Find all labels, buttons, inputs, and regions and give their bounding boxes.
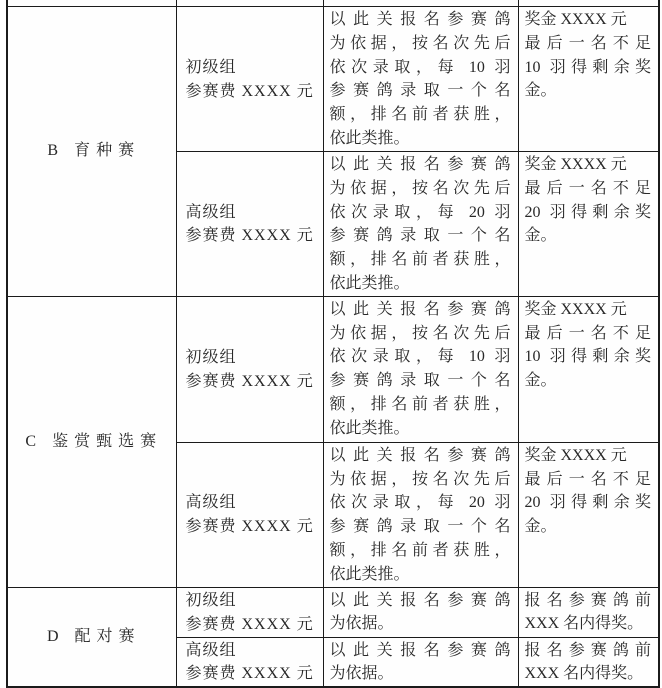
text-line: 金。 (525, 79, 652, 103)
text-line: 10 羽得剩余奖 (525, 345, 652, 369)
text-line: 最后一名不足 (525, 322, 652, 346)
text-line: XXX 名内得奖。 (525, 612, 652, 636)
text-line: 10 羽得剩余奖 (525, 56, 652, 80)
category-cell-c: C 鉴赏甄选赛 (7, 296, 176, 587)
prize-cell: 奖金 XXXX 元最后一名不足20 羽得剩余奖金。 (518, 152, 659, 297)
text-line: 报名参赛鸽前 (525, 589, 652, 613)
text-line: 参赛鸽录取一个名 (330, 79, 511, 103)
text-line: 参赛费 XXXX 元 (186, 80, 319, 104)
group-cell: 初级组参赛费 XXXX 元 (176, 296, 323, 442)
group-cell: 高级组参赛费 XXXX 元 (176, 152, 323, 297)
text-line: 为依据，按名次先后 (330, 32, 511, 56)
prize-cell: 报名参赛鸽前XXX 名内得奖。 (518, 587, 659, 637)
prize-cell: 奖金 XXXX 元最后一名不足10 羽得剩余奖金。 (518, 7, 659, 152)
rule-cell: 以此关报名参赛鸽为依据。 (323, 637, 518, 688)
text-line: 初级组 (186, 346, 319, 370)
text-line: 参赛费 XXXX 元 (186, 370, 319, 394)
text-line: 依此类推。 (330, 127, 511, 151)
group-cell: 高级组参赛费 XXXX 元 (176, 637, 323, 688)
text-line: 报名参赛鸽前 (525, 639, 652, 663)
rule-cell: 以此关报名参赛鸽为依据，按名次先后依次录取，每 20 羽参赛鸽录取一个名额，排名… (323, 442, 518, 587)
text-line: 依次录取，每 20 羽 (330, 491, 511, 515)
text-line: 以此关报名参赛鸽 (330, 639, 511, 663)
rule-cell: 以此关报名参赛鸽为依据，按名次先后依次录取，每 20 羽参赛鸽录取一个名额，排名… (323, 152, 518, 297)
text-line: 金。 (525, 515, 652, 539)
text-line: 额，排名前者获胜， (330, 393, 511, 417)
text-line: 参赛费 XXXX 元 (186, 224, 319, 248)
text-line: 20 羽得剩余奖 (525, 201, 652, 225)
text-line: 奖金 XXXX 元 (525, 153, 652, 177)
rule-cell: 以此关报名参赛鸽为依据，按名次先后依次录取，每 10 羽参赛鸽录取一个名额，排名… (323, 296, 518, 442)
text-line: 参赛鸽录取一个名 (330, 369, 511, 393)
text-line: 奖金 XXXX 元 (525, 8, 652, 32)
category-cell-b: B 育种赛 (7, 7, 176, 297)
text-line: 最后一名不足 (525, 468, 652, 492)
prize-cell: 报名参赛鸽前XXX 名内得奖。 (518, 637, 659, 688)
text-line: 依次录取，每 10 羽 (330, 56, 511, 80)
text-line: 依此类推。 (330, 272, 511, 296)
competition-rules-table: B 育种赛 初级组参赛费 XXXX 元 以此关报名参赛鸽为依据，按名次先后依次录… (6, 0, 660, 688)
text-line: 为依据。 (330, 662, 511, 686)
text-line: 最后一名不足 (525, 32, 652, 56)
rule-cell: 以此关报名参赛鸽为依据。 (323, 587, 518, 637)
text-line: 额，排名前者获胜， (330, 539, 511, 563)
text-line: 以此关报名参赛鸽 (330, 8, 511, 32)
table-row: D 配对赛 初级组参赛费 XXXX 元 以此关报名参赛鸽为依据。 报名参赛鸽前X… (7, 587, 659, 637)
group-cell: 初级组参赛费 XXXX 元 (176, 587, 323, 637)
group-cell: 高级组参赛费 XXXX 元 (176, 442, 323, 587)
prize-cell: 奖金 XXXX 元最后一名不足20 羽得剩余奖金。 (518, 442, 659, 587)
text-line: 为依据。 (330, 612, 511, 636)
text-line: 以此关报名参赛鸽 (330, 444, 511, 468)
text-line: 为依据，按名次先后 (330, 468, 511, 492)
text-line: 最后一名不足 (525, 177, 652, 201)
text-line: 依此类推。 (330, 417, 511, 441)
text-line: 奖金 XXXX 元 (525, 298, 652, 322)
text-line: 20 羽得剩余奖 (525, 491, 652, 515)
text-line: 依次录取，每 20 羽 (330, 201, 511, 225)
text-line: 参赛费 XXXX 元 (186, 662, 319, 686)
rule-cell: 以此关报名参赛鸽为依据，按名次先后依次录取，每 10 羽参赛鸽录取一个名额，排名… (323, 7, 518, 152)
text-line: 额，排名前者获胜， (330, 248, 511, 272)
text-line: 金。 (525, 224, 652, 248)
text-line: 以此关报名参赛鸽 (330, 298, 511, 322)
text-line: 参赛费 XXXX 元 (186, 515, 319, 539)
group-cell: 初级组参赛费 XXXX 元 (176, 7, 323, 152)
text-line: 高级组 (186, 201, 319, 225)
text-line: 参赛费 XXXX 元 (186, 613, 319, 637)
text-line: 初级组 (186, 589, 319, 613)
text-line: 以此关报名参赛鸽 (330, 153, 511, 177)
text-line: 依次录取，每 10 羽 (330, 345, 511, 369)
text-line: 参赛鸽录取一个名 (330, 224, 511, 248)
text-line: 金。 (525, 369, 652, 393)
text-line: 额，排名前者获胜， (330, 103, 511, 127)
text-line: 参赛鸽录取一个名 (330, 515, 511, 539)
category-cell-d: D 配对赛 (7, 587, 176, 688)
text-line: 为依据，按名次先后 (330, 322, 511, 346)
text-line: 以此关报名参赛鸽 (330, 589, 511, 613)
text-line: 奖金 XXXX 元 (525, 444, 652, 468)
text-line: 高级组 (186, 491, 319, 515)
text-line: D 配对赛 (12, 625, 176, 649)
text-line: 高级组 (186, 639, 319, 663)
table-row: B 育种赛 初级组参赛费 XXXX 元 以此关报名参赛鸽为依据，按名次先后依次录… (7, 7, 659, 152)
document-page: B 育种赛 初级组参赛费 XXXX 元 以此关报名参赛鸽为依据，按名次先后依次录… (0, 0, 662, 688)
text-line: B 育种赛 (12, 139, 176, 163)
table-row: C 鉴赏甄选赛 初级组参赛费 XXXX 元 以此关报名参赛鸽为依据，按名次先后依… (7, 296, 659, 442)
text-line: 依此类推。 (330, 563, 511, 587)
text-line: 初级组 (186, 56, 319, 80)
text-line: 为依据，按名次先后 (330, 177, 511, 201)
text-line: C 鉴赏甄选赛 (12, 430, 176, 454)
prize-cell: 奖金 XXXX 元最后一名不足10 羽得剩余奖金。 (518, 296, 659, 442)
text-line: XXX 名内得奖。 (525, 662, 652, 686)
